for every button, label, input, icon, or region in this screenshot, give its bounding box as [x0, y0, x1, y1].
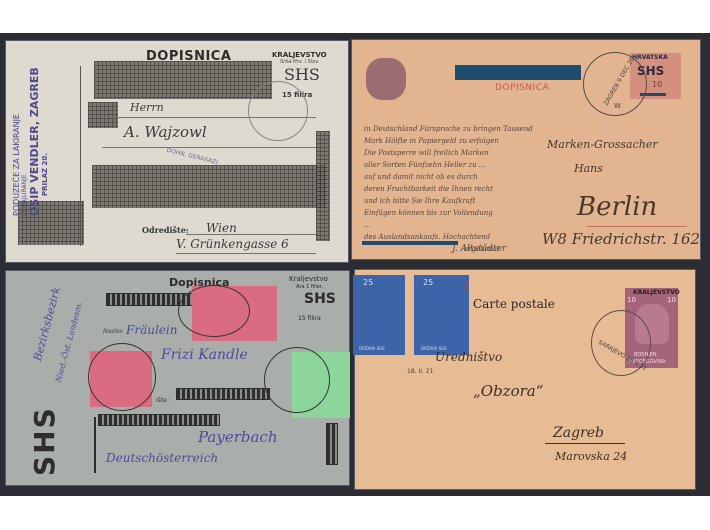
postmark-icon — [88, 343, 156, 411]
address-line: Frizi Kandle — [161, 347, 248, 363]
country-header: Kraljevstvo — [289, 275, 328, 283]
postmark-icon — [264, 347, 330, 413]
coat-of-arms-icon — [366, 58, 406, 100]
stamp-blue — [353, 275, 405, 355]
address-line: Deutschösterreich — [106, 451, 218, 465]
overprint-bar — [455, 65, 581, 80]
address-line: Herrn — [130, 101, 164, 114]
address-line: Marovska 24 — [555, 450, 627, 463]
roman-numeral: I — [465, 282, 469, 292]
field-label: Naslov — [103, 328, 123, 335]
address-line: Berlin — [577, 192, 657, 222]
signature: J. Altstädter — [452, 244, 506, 254]
destination-label: Odredište: — [142, 225, 189, 235]
stamp-overprint: HRVATSKA — [632, 54, 668, 61]
card-title: DOPISNICA — [146, 49, 231, 64]
address-line: V. Grünkengasse 6 — [176, 237, 289, 251]
postcard-dopisnica-kraljevstvo: Dopisnica Kraljevstvo Ara 1 filler. SHS … — [6, 271, 349, 485]
address-line: Wien — [206, 221, 237, 235]
value-text: 15 filira — [298, 315, 321, 322]
address-line: Hans — [574, 162, 603, 175]
side-note: Bezirksbezirk — [31, 285, 63, 362]
stamp-value: 10 — [652, 80, 662, 89]
printed-cancel-grid — [88, 102, 118, 128]
country-code: SHS — [304, 291, 336, 307]
printed-cancel-grid — [316, 131, 330, 241]
postmark-date: 18. II. 21 — [407, 368, 433, 375]
message-text: in Deutschland Fürsprache zu bringen Tau… — [364, 123, 533, 255]
card-title: DOPISNICA — [495, 83, 549, 93]
address-line: Uredništvo — [435, 350, 502, 364]
printed-cancel-grid — [92, 165, 326, 208]
country-header: KRALJEVSTVO — [272, 51, 327, 59]
postcard-carte-postale: 25 25 DRŽAVA SHS DRŽAVA SHS 18. II. 21 I… — [355, 270, 695, 489]
address-line: „Obzora“ — [473, 382, 543, 400]
address-line: Fräulein — [126, 323, 177, 337]
stamp-overprint: KRALJEVSTVO — [633, 289, 680, 296]
address-line: W8 Friedrichstr. 162 — [542, 230, 700, 248]
stamp-value: 10 — [627, 296, 636, 304]
printed-cancel-grid — [94, 61, 272, 99]
field-label: ište : — [156, 397, 171, 404]
side-note: Nied.-Öst. Landesm. — [54, 301, 84, 383]
card-title: Carte postale — [473, 297, 555, 311]
country-code: SHS — [284, 65, 320, 84]
postmark-icon — [248, 81, 308, 141]
side-shs-imprint: SHS — [28, 406, 61, 476]
postcard-dopisnica-hrvatska: DOPISNICA HRVATSKA SHS 10 ZAGREB 9 DEC 2… — [352, 40, 700, 259]
address-line: Zagreb — [553, 425, 604, 441]
address-line: A. Wajzowl — [124, 123, 207, 141]
postcard-dopisnica-grey: DOPISNICA KRALJEVSTVO Srba Hrv. i Slov. … — [6, 41, 348, 262]
stamp-blue — [414, 275, 469, 355]
address-line: Payerbach — [198, 428, 278, 446]
address-line: Marken-Grossacher — [547, 138, 658, 151]
sender-imprint: PODUZEĆE ZA LAKIRANJE I EMAJLIRANJE OSIP… — [12, 67, 49, 216]
postmark-icon — [178, 285, 250, 337]
handstamp: DOHN. GERASAZI — [166, 147, 219, 167]
